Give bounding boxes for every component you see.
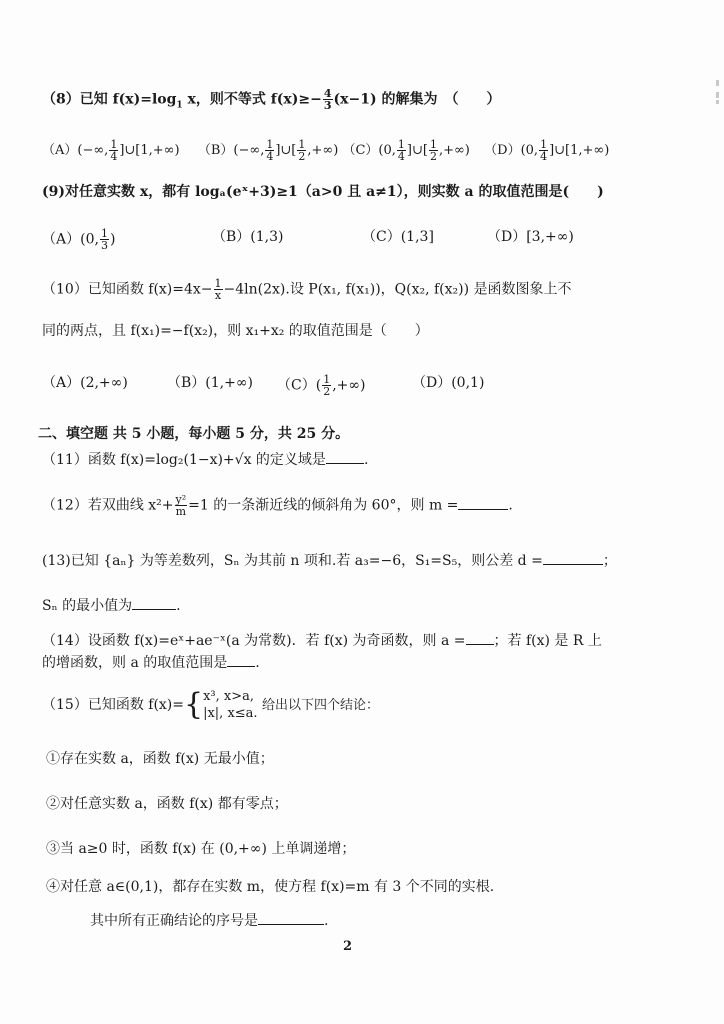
question-8-options: （A）(−∞,14]∪[1,+∞) （B）(−∞,14]∪[12,+∞) （C）… [42, 139, 609, 162]
answer-blank [326, 449, 364, 464]
answer-blank [258, 910, 324, 925]
conclusion-3: ③当 a≥0 时，函数 f(x) 在 (0,+∞) 上单调递增； [46, 840, 355, 858]
question-15-answer: 其中所有正确结论的序号是. [90, 910, 328, 930]
question-14: （14）设函数 f(x)=eˣ+ae⁻ˣ(a 为常数)．若 f(x) 为奇函数，… [42, 630, 602, 650]
section-2-title: 二、填空题 共 5 小题，每小题 5 分，共 25 分。 [38, 425, 349, 443]
question-12: （12）若双曲线 x²+y²m=1 的一条渐近线的倾斜角为 60°，则 m =. [42, 494, 513, 517]
option-a: （A）(−∞,14]∪[1,+∞) [42, 143, 180, 158]
conclusion-4: ④对任意 a∈(0,1)，都存在实数 m，使方程 f(x)=m 有 3 个不同的… [46, 878, 494, 896]
question-15-stem: （15）已知函数 f(x)={x³, x>a,|x|, x≤a. 给出以下四个结… [42, 688, 379, 723]
question-11: （11）函数 f(x)=log₂(1−x)+√x 的定义域是. [42, 449, 368, 469]
conclusion-2: ②对任意实数 a，函数 f(x) 都有零点； [46, 795, 288, 813]
option-b: （B）(1,3) [212, 228, 283, 246]
margin-mark [716, 80, 719, 86]
question-10-stem: （10）已知函数 f(x)=4x−1x−4ln(2x).设 P(x₁, f(x₁… [42, 278, 572, 301]
question-14-line2: 的增函数，则 a 的取值范围是. [42, 652, 260, 672]
answer-blank [466, 630, 494, 645]
option-c: （C）(12,+∞) [277, 374, 366, 397]
option-d: （D）[3,+∞) [487, 228, 574, 246]
answer-blank [132, 595, 176, 610]
option-b: （B）(−∞,14]∪[12,+∞) [198, 143, 338, 158]
answer-blank [227, 652, 255, 667]
answer-blank [458, 495, 508, 510]
question-13-line2: Sₙ 的最小值为. [42, 595, 181, 615]
option-d: （D）(0,1) [412, 374, 484, 392]
question-10-stem-line2: 同的两点，且 f(x₁)=−f(x₂)，则 x₁+x₂ 的取值范围是（ ） [42, 322, 429, 340]
option-d: （D）(0,14]∪[1,+∞) [484, 143, 609, 158]
margin-mark [716, 92, 719, 98]
option-c: （C）(1,3] [362, 228, 434, 246]
question-8-stem: （8）已知 f(x)=log1 x，则不等式 f(x)≥−43(x−1) 的解集… [42, 88, 500, 114]
exam-page: （8）已知 f(x)=log1 x，则不等式 f(x)≥−43(x−1) 的解集… [0, 0, 724, 1024]
question-13: (13)已知 {aₙ} 为等差数列，Sₙ 为其前 n 项和.若 a₃=−6，S₁… [42, 550, 617, 570]
margin-mark [716, 100, 719, 104]
option-c: （C）(0,14]∪[12,+∞) [342, 143, 469, 158]
option-a: （A）(0,13) [42, 228, 115, 251]
conclusion-1: ①存在实数 a，函数 f(x) 无最小值； [46, 750, 274, 768]
page-number: 2 [343, 938, 352, 956]
option-b: （B）(1,+∞) [167, 374, 253, 392]
question-9-stem: (9)对任意实数 x，都有 logₐ(eˣ+3)≥1（a>0 且 a≠1），则实… [42, 183, 604, 201]
option-a: （A）(2,+∞) [42, 374, 128, 392]
answer-blank [543, 550, 603, 565]
